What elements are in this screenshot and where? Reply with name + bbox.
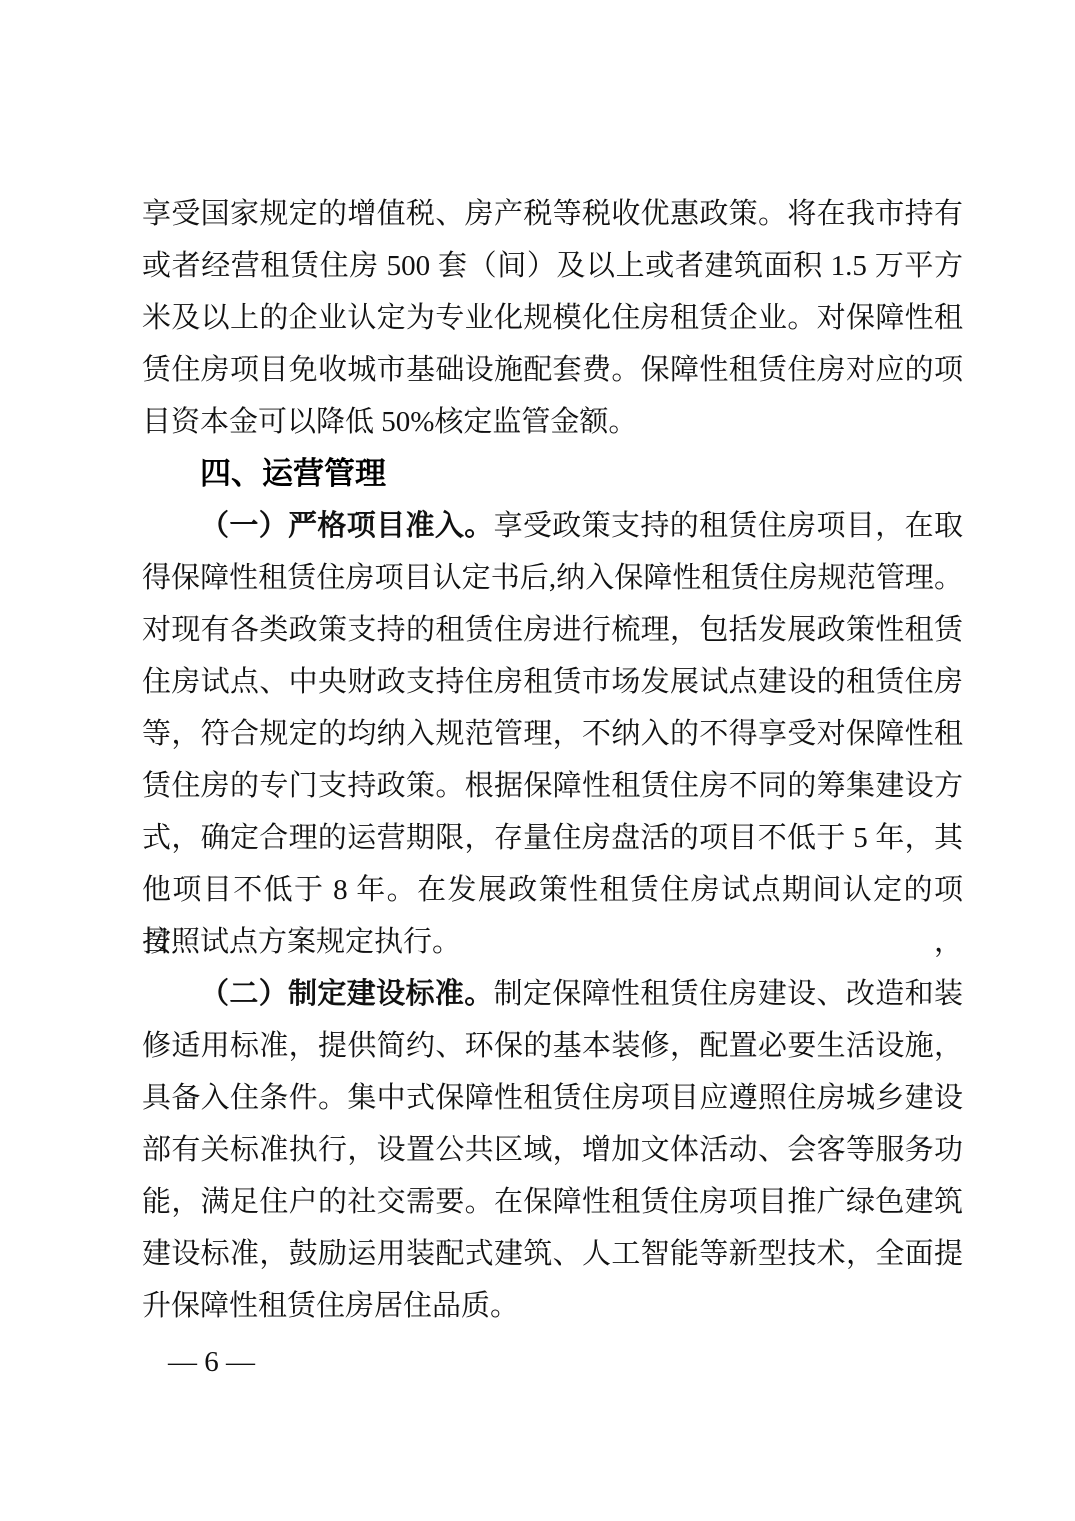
text-line: 式，确定合理的运营期限，存量住房盘活的项目不低于 5 年，其 <box>142 812 963 864</box>
text-line: （一）严格项目准入。享受政策支持的租赁住房项目，在取 <box>142 500 963 552</box>
text-line: （二）制定建设标准。制定保障性租赁住房建设、改造和装 <box>142 968 963 1020</box>
text-line: 得保障性租赁住房项目认定书后,纳入保障性租赁住房规范管理。 <box>142 552 963 604</box>
text-line: 能，满足住户的社交需要。在保障性租赁住房项目推广绿色建筑 <box>142 1176 963 1228</box>
page-number: — 6 — <box>168 1342 255 1382</box>
paragraph-lead: （二）制定建设标准。 <box>200 978 494 1010</box>
text-line: 赁住房项目免收城市基础设施配套费。保障性租赁住房对应的项 <box>142 344 963 396</box>
text-line: 对现有各类政策支持的租赁住房进行梳理，包括发展政策性租赁 <box>142 604 963 656</box>
text-line: 米及以上的企业认定为专业化规模化住房租赁企业。对保障性租 <box>142 292 963 344</box>
text-line: 目资本金可以降低 50%核定监管金额。 <box>142 396 963 448</box>
text-line: 等，符合规定的均纳入规范管理，不纳入的不得享受对保障性租 <box>142 708 963 760</box>
text-line: 建设标准，鼓励运用装配式建筑、人工智能等新型技术，全面提 <box>142 1228 963 1280</box>
document-body: 享受国家规定的增值税、房产税等税收优惠政策。将在我市持有或者经营租赁住房 500… <box>142 188 963 1332</box>
text-line: 部有关标准执行，设置公共区域，增加文体活动、会客等服务功 <box>142 1124 963 1176</box>
text-line: 升保障性租赁住房居住品质。 <box>142 1280 963 1332</box>
paragraph-lead: （一）严格项目准入。 <box>200 510 494 542</box>
text-line: 他项目不低于 8 年。在发展政策性租赁住房试点期间认定的项目， <box>142 864 963 916</box>
text-line: 或者经营租赁住房 500 套（间）及以上或者建筑面积 1.5 万平方 <box>142 240 963 292</box>
text-line: 赁住房的专门支持政策。根据保障性租赁住房不同的筹集建设方 <box>142 760 963 812</box>
section-heading: 四、运营管理 <box>142 448 963 500</box>
text-line: 修适用标准，提供简约、环保的基本装修，配置必要生活设施， <box>142 1020 963 1072</box>
text-line: 具备入住条件。集中式保障性租赁住房项目应遵照住房城乡建设 <box>142 1072 963 1124</box>
text-line: 享受国家规定的增值税、房产税等税收优惠政策。将在我市持有 <box>142 188 963 240</box>
document-page: 享受国家规定的增值税、房产税等税收优惠政策。将在我市持有或者经营租赁住房 500… <box>0 0 1075 1521</box>
text-line: 住房试点、中央财政支持住房租赁市场发展试点建设的租赁住房 <box>142 656 963 708</box>
